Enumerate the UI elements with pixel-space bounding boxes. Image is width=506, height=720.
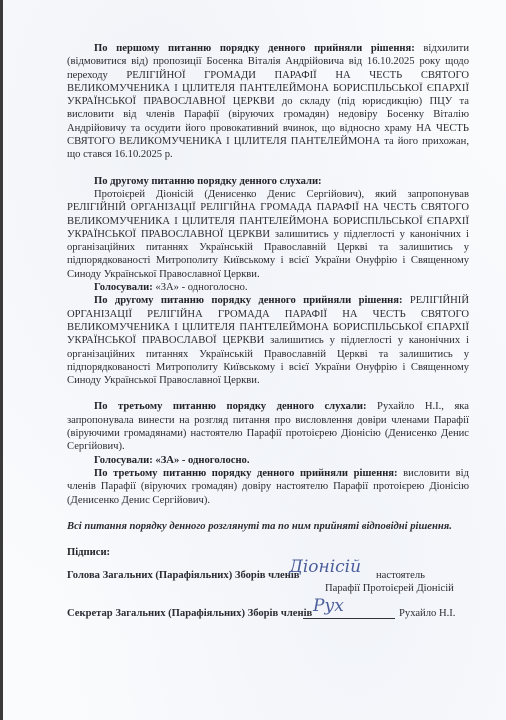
section2-heard-text: Протоієрей Діонісій (Денисенко Денис Сер… xyxy=(67,189,469,280)
section2-decision-heading: По другому питанню порядку денного прийн… xyxy=(94,295,403,306)
document-body: По першому питанню порядку денного прийн… xyxy=(67,42,469,627)
section2-decision-paragraph: По другому питанню порядку денного прийн… xyxy=(67,294,469,387)
chair-title-line2: Парафії Протоієрей Діонісій xyxy=(325,582,454,595)
section2-vote-text: «ЗА» - одноголосно. xyxy=(153,282,248,293)
section1-text: відхилити (відмовитися від) пропозиції Б… xyxy=(67,43,469,160)
secretary-signature-line xyxy=(303,618,395,619)
section2-vote-label: Голосували: xyxy=(94,282,153,293)
section1-heading: По першому питанню порядку денного прийн… xyxy=(94,43,415,54)
secretary-label: Секретар Загальних (Парафіяльних) Зборів… xyxy=(67,607,312,620)
section3-vote-text: Голосували: «ЗА» - одноголосно. xyxy=(94,455,250,466)
chair-title-line1: настоятель xyxy=(376,569,425,582)
chair-signature: Діонісій xyxy=(289,561,361,574)
chair-signature-row: Голова Загальних (Парафіяльних) Зборів ч… xyxy=(67,567,469,601)
section3-decision-paragraph: По третьому питанню порядку денного прий… xyxy=(67,467,469,507)
secretary-signature-row: Секретар Загальних (Парафіяльних) Зборів… xyxy=(67,601,469,627)
conclusion-text: Всі питання порядку денного розглянуті т… xyxy=(67,521,452,532)
section3-heard-paragraph: По третьому питанню порядку денного слух… xyxy=(67,400,469,453)
section2-decision-text: РЕЛІГІЙНІЙ ОРГАНІЗАЦІЇ РЕЛІГІЙНА ГРОМАДА… xyxy=(67,295,469,386)
secretary-signature: Рух xyxy=(313,600,344,613)
section1-paragraph: По першому питанню порядку денного прийн… xyxy=(67,42,469,162)
section3-heard-heading: По третьому питанню порядку денного слух… xyxy=(94,401,367,412)
section2-heard-heading-paragraph: По другому питанню порядку денного слуха… xyxy=(67,175,469,188)
section3-decision-heading: По третьому питанню порядку денного прий… xyxy=(94,468,398,479)
conclusion-paragraph: Всі питання порядку денного розглянуті т… xyxy=(67,520,469,533)
section2-vote-paragraph: Голосували: «ЗА» - одноголосно. xyxy=(67,281,469,294)
document-page: По першому питанню порядку денного прийн… xyxy=(3,0,506,720)
signatures-heading-paragraph: Підписи: xyxy=(67,546,469,559)
section2-heard-heading: По другому питанню порядку денного слуха… xyxy=(94,176,322,187)
chair-label: Голова Загальних (Парафіяльних) Зборів ч… xyxy=(67,569,300,582)
section3-vote-paragraph: Голосували: «ЗА» - одноголосно. xyxy=(67,454,469,467)
section2-heard-paragraph: Протоієрей Діонісій (Денисенко Денис Сер… xyxy=(67,188,469,281)
secretary-name: Рухайло Н.І. xyxy=(399,607,455,620)
signatures-heading: Підписи: xyxy=(67,547,110,558)
